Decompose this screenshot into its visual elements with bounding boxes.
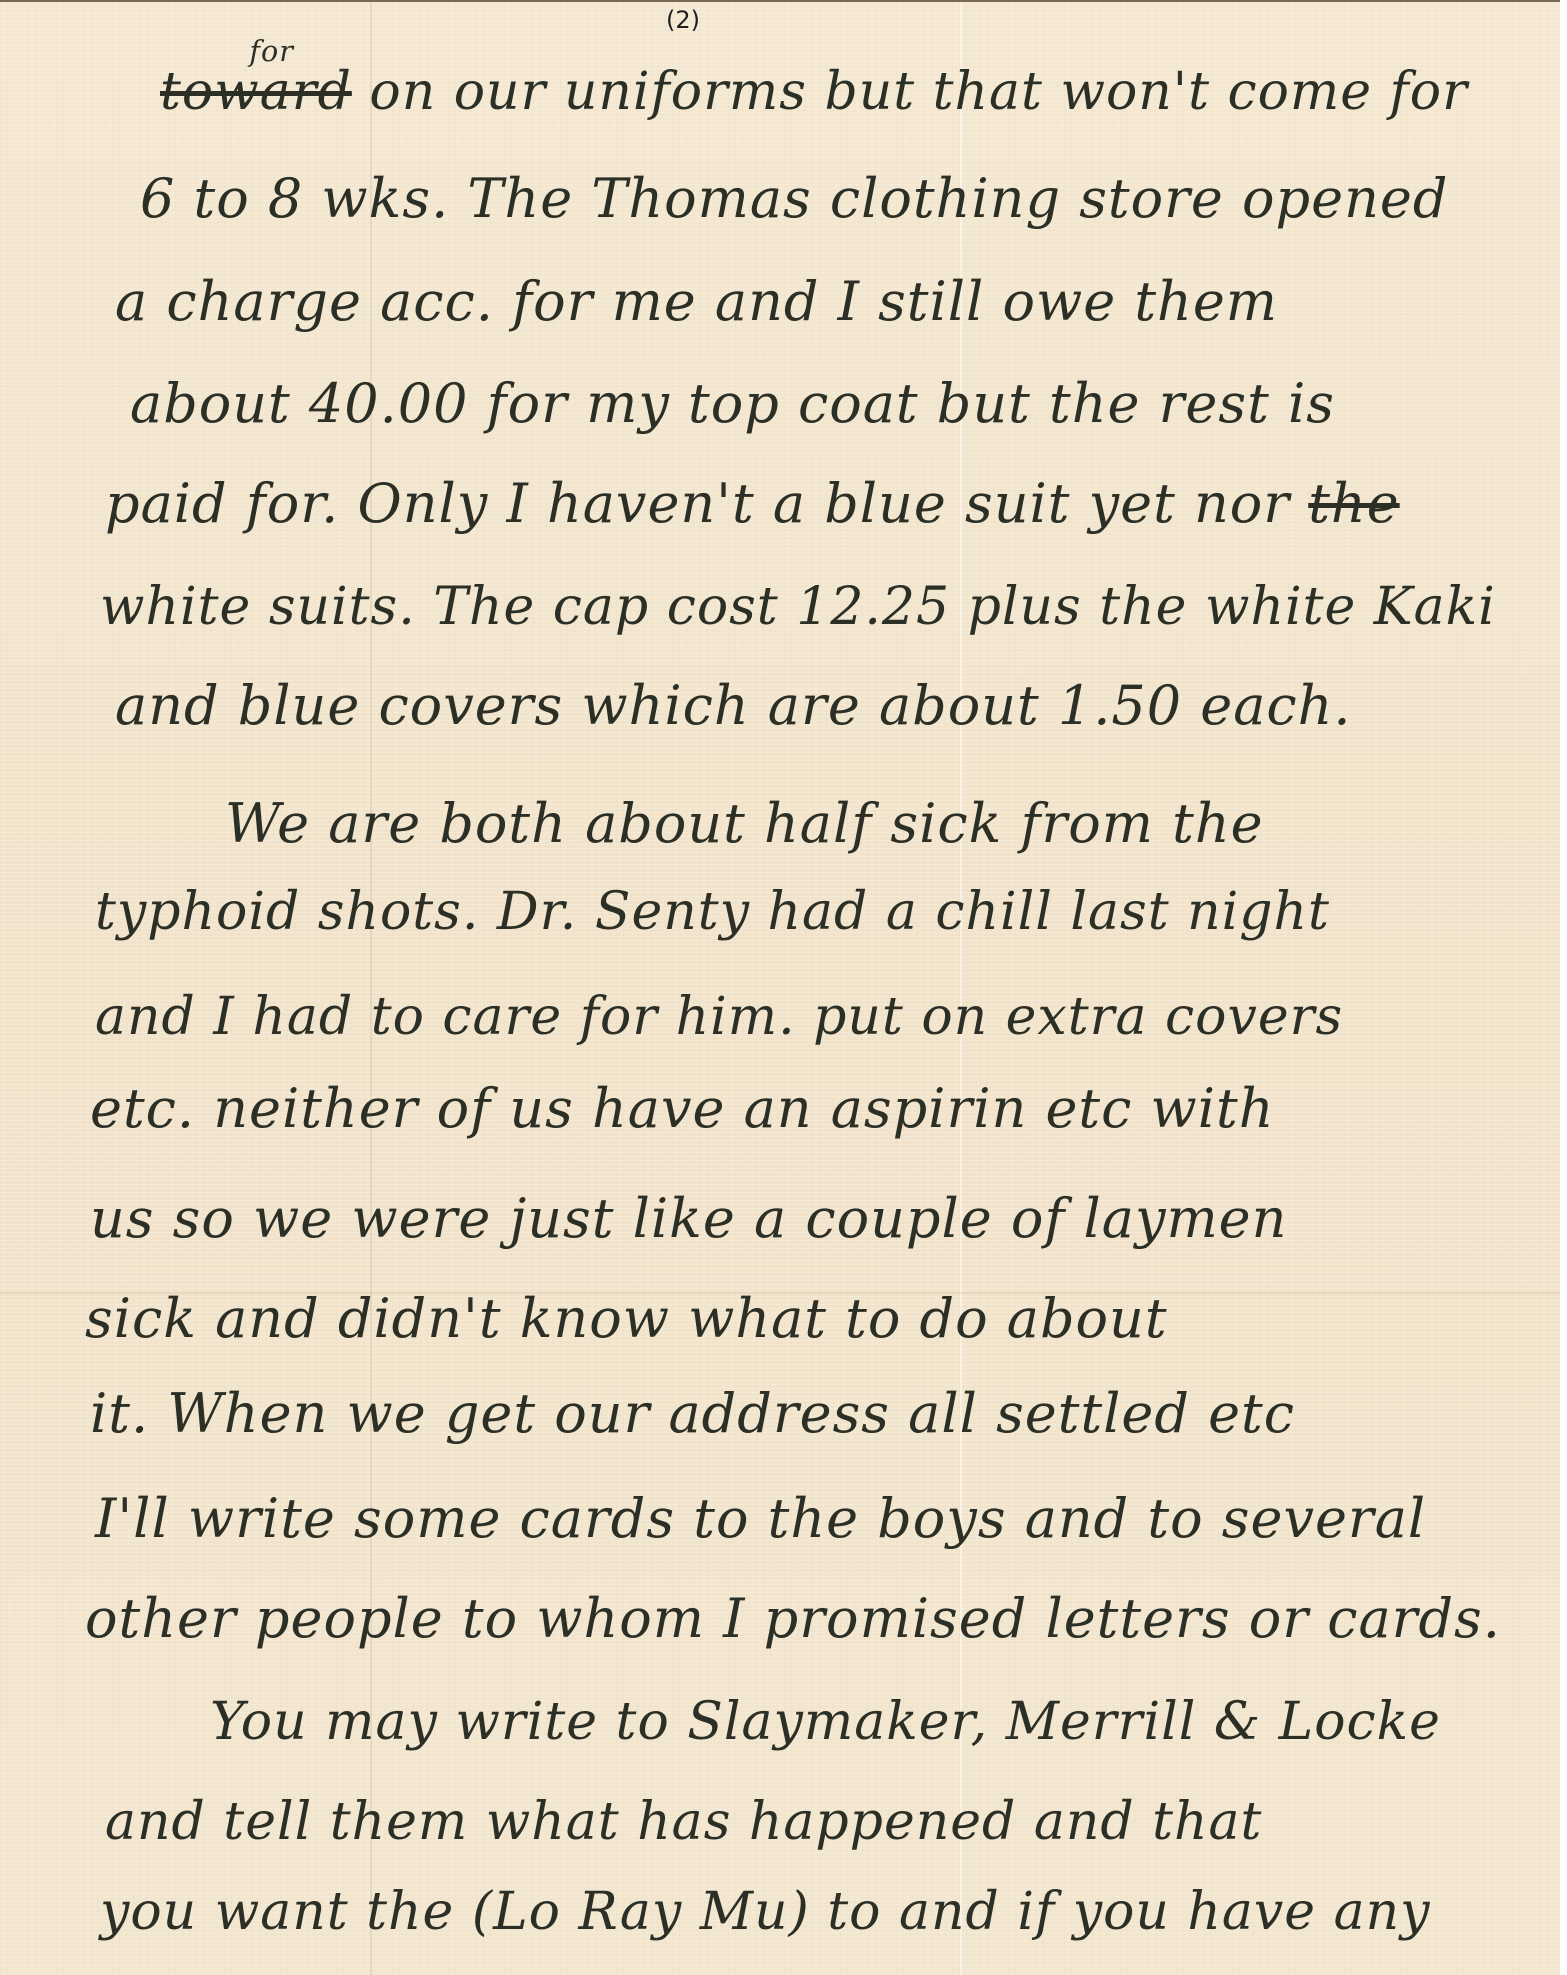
letter-page: (2) toward for on our uniforms but that … — [0, 0, 1560, 1975]
letter-line-15: I'll write some cards to the boys and to… — [95, 1487, 1426, 1550]
line-text: on our uniforms but that won't come for — [369, 62, 1468, 122]
letter-line-4: about 40.00 for my top coat but the rest… — [130, 372, 1335, 435]
insertion-above: for — [249, 34, 293, 68]
letter-line-8: We are both about half sick from the — [225, 792, 1264, 855]
letter-line-5: paid for. Only I haven't a blue suit yet… — [105, 472, 1400, 535]
letter-line-10: and I had to care for him. put on extra … — [95, 987, 1343, 1047]
letter-line-16: other people to whom I promised letters … — [85, 1587, 1501, 1650]
letter-line-11: etc. neither of us have an aspirin etc w… — [90, 1077, 1275, 1140]
letter-line-13: sick and didn't know what to do about — [85, 1287, 1168, 1350]
letter-line-12: us so we were just like a couple of laym… — [90, 1187, 1287, 1250]
letter-line-7: and blue covers which are about 1.50 eac… — [115, 674, 1352, 737]
letter-line-3: a charge acc. for me and I still owe the… — [115, 270, 1278, 333]
letter-line-1: toward for on our uniforms but that won'… — [160, 62, 1468, 122]
line-text: paid for. Only I haven't a blue suit yet… — [105, 472, 1290, 535]
letter-line-9: typhoid shots. Dr. Senty had a chill las… — [95, 882, 1330, 942]
letter-line-18: and tell them what has happened and that — [105, 1792, 1262, 1852]
struck-word: the — [1308, 472, 1399, 535]
letter-line-2: 6 to 8 wks. The Thomas clothing store op… — [140, 167, 1448, 230]
struck-word: toward — [160, 62, 352, 122]
letter-line-6: white suits. The cap cost 12.25 plus the… — [100, 577, 1496, 637]
letter-line-19: you want the (Lo Ray Mu) to and if you h… — [100, 1882, 1430, 1942]
letter-line-14: it. When we get our address all settled … — [90, 1382, 1295, 1445]
page-number: (2) — [666, 6, 700, 34]
letter-line-17: You may write to Slaymaker, Merrill & Lo… — [210, 1692, 1441, 1752]
